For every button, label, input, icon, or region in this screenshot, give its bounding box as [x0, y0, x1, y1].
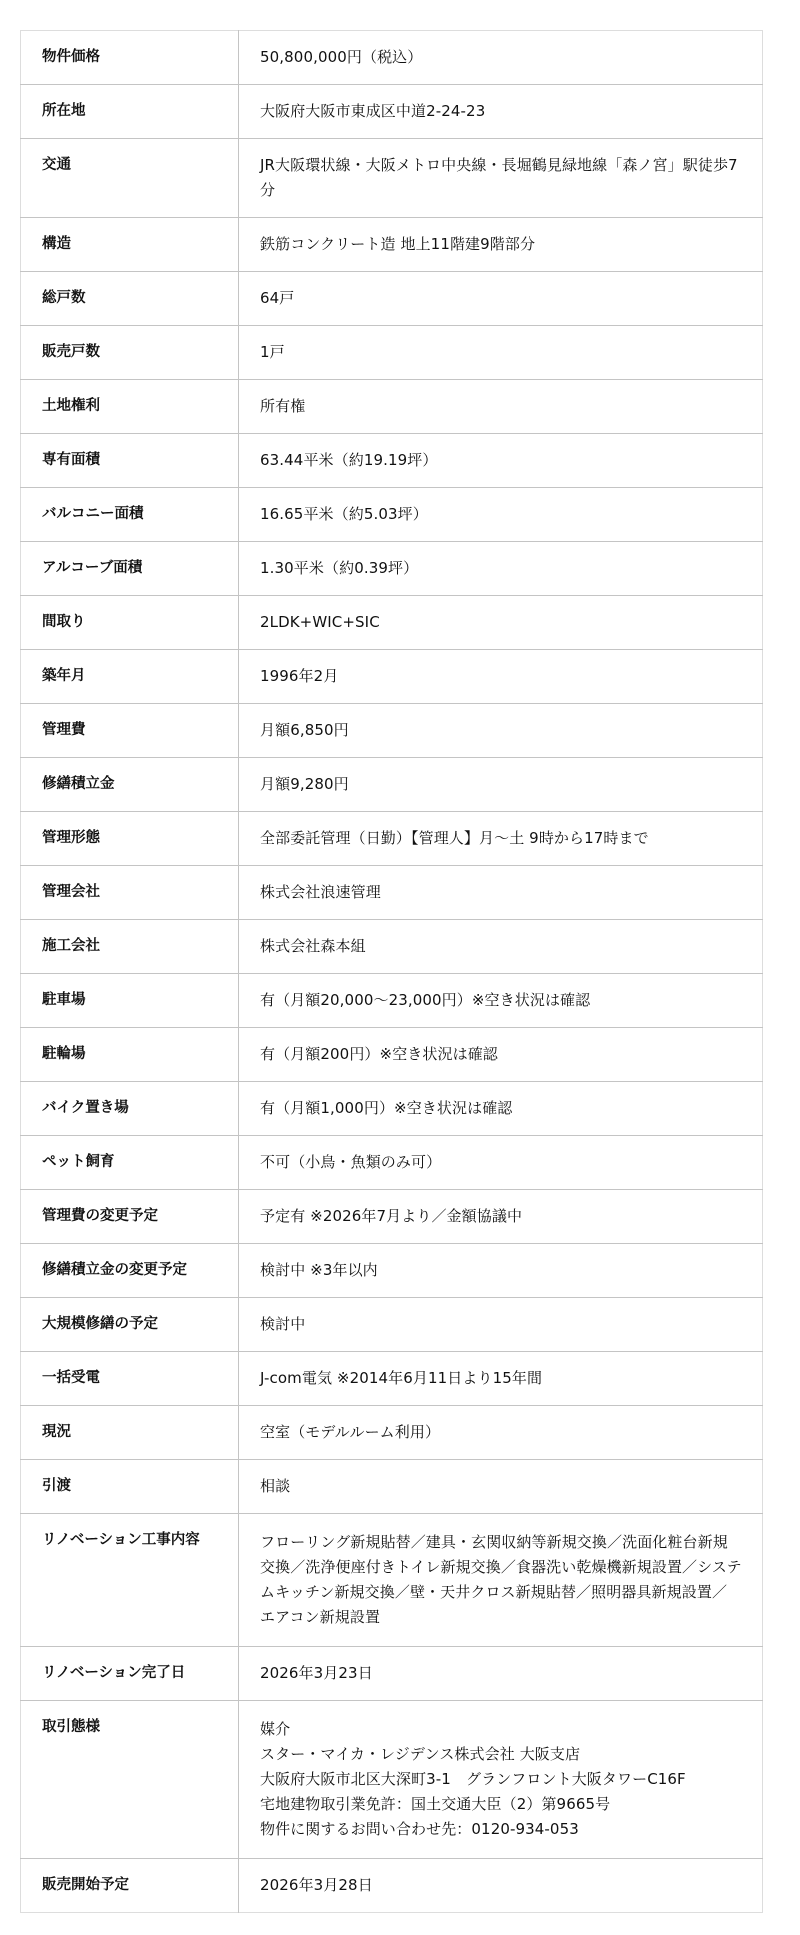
- row-label: 管理会社: [21, 866, 239, 920]
- row-value: 不可（小鳥・魚類のみ可）: [239, 1136, 763, 1190]
- row-label: 修繕積立金: [21, 758, 239, 812]
- row-value: 1戸: [239, 326, 763, 380]
- row-label: 引渡: [21, 1460, 239, 1514]
- row-value: 媒介 スター・マイカ・レジデンス株式会社 大阪支店 大阪府大阪市北区大深町3-1…: [239, 1701, 763, 1859]
- row-transaction-type: 取引態様 媒介 スター・マイカ・レジデンス株式会社 大阪支店 大阪府大阪市北区大…: [21, 1701, 763, 1859]
- row-label: 間取り: [21, 596, 239, 650]
- row-repair-reserve: 修繕積立金 月額9,280円: [21, 758, 763, 812]
- row-value: 相談: [239, 1460, 763, 1514]
- row-handover: 引渡 相談: [21, 1460, 763, 1514]
- row-label: 修繕積立金の変更予定: [21, 1244, 239, 1298]
- row-alcove-area: アルコーブ面積 1.30平米（約0.39坪）: [21, 542, 763, 596]
- row-land-rights: 土地権利 所有権: [21, 380, 763, 434]
- row-built-date: 築年月 1996年2月: [21, 650, 763, 704]
- row-value: 1.30平米（約0.39坪）: [239, 542, 763, 596]
- row-renovation-details: リノベーション工事内容 フローリング新規貼替／建具・玄関収納等新規交換／洗面化粧…: [21, 1514, 763, 1647]
- row-label: 販売開始予定: [21, 1859, 239, 1913]
- row-label: 施工会社: [21, 920, 239, 974]
- row-value: 2026年3月23日: [239, 1647, 763, 1701]
- row-label: リノベーション工事内容: [21, 1514, 239, 1647]
- row-value: 検討中 ※3年以内: [239, 1244, 763, 1298]
- row-value: 50,800,000円（税込）: [239, 31, 763, 85]
- row-value: 月額6,850円: [239, 704, 763, 758]
- row-label: 交通: [21, 139, 239, 218]
- row-management-type: 管理形態 全部委託管理（日勤）【管理人】月～土 9時から17時まで: [21, 812, 763, 866]
- transaction-type: 媒介: [260, 1717, 742, 1742]
- row-value: 月額9,280円: [239, 758, 763, 812]
- row-label: 構造: [21, 218, 239, 272]
- row-value: 株式会社浪速管理: [239, 866, 763, 920]
- row-label: 駐車場: [21, 974, 239, 1028]
- row-label: 総戸数: [21, 272, 239, 326]
- row-total-units: 総戸数 64戸: [21, 272, 763, 326]
- row-label: 管理費: [21, 704, 239, 758]
- row-label: 所在地: [21, 85, 239, 139]
- row-value: 空室（モデルルーム利用）: [239, 1406, 763, 1460]
- contact-phone: 物件に関するお問い合わせ先：0120-934-053: [260, 1817, 742, 1842]
- row-price: 物件価格 50,800,000円（税込）: [21, 31, 763, 85]
- row-value: 1996年2月: [239, 650, 763, 704]
- row-value: 16.65平米（約5.03坪）: [239, 488, 763, 542]
- row-value: 64戸: [239, 272, 763, 326]
- row-label: ペット飼育: [21, 1136, 239, 1190]
- agent-company: スター・マイカ・レジデンス株式会社 大阪支店: [260, 1742, 742, 1767]
- row-label: リノベーション完了日: [21, 1647, 239, 1701]
- row-label: 土地権利: [21, 380, 239, 434]
- row-value: 鉄筋コンクリート造 地上11階建9階部分: [239, 218, 763, 272]
- row-label: 管理形態: [21, 812, 239, 866]
- row-value: 所有権: [239, 380, 763, 434]
- row-value: JR大阪環状線・大阪メトロ中央線・長堀鶴見緑地線「森ノ宮」駅徒歩7分: [239, 139, 763, 218]
- row-value: 全部委託管理（日勤）【管理人】月～土 9時から17時まで: [239, 812, 763, 866]
- row-value: 63.44平米（約19.19坪）: [239, 434, 763, 488]
- row-access: 交通 JR大阪環状線・大阪メトロ中央線・長堀鶴見緑地線「森ノ宮」駅徒歩7分: [21, 139, 763, 218]
- row-floor-area: 専有面積 63.44平米（約19.19坪）: [21, 434, 763, 488]
- row-value: 株式会社森本組: [239, 920, 763, 974]
- row-label: バルコニー面積: [21, 488, 239, 542]
- row-label: 大規模修繕の予定: [21, 1298, 239, 1352]
- row-sale-start: 販売開始予定 2026年3月28日: [21, 1859, 763, 1913]
- row-major-repair-plan: 大規模修繕の予定 検討中: [21, 1298, 763, 1352]
- row-value: 有（月額20,000～23,000円）※空き状況は確認: [239, 974, 763, 1028]
- row-bicycle-parking: 駐輪場 有（月額200円）※空き状況は確認: [21, 1028, 763, 1082]
- row-management-company: 管理会社 株式会社浪速管理: [21, 866, 763, 920]
- row-label: 築年月: [21, 650, 239, 704]
- row-balcony-area: バルコニー面積 16.65平米（約5.03坪）: [21, 488, 763, 542]
- row-pets: ペット飼育 不可（小鳥・魚類のみ可）: [21, 1136, 763, 1190]
- row-label: アルコーブ面積: [21, 542, 239, 596]
- row-value: 有（月額200円）※空き状況は確認: [239, 1028, 763, 1082]
- row-label: 取引態様: [21, 1701, 239, 1859]
- row-current-status: 現況 空室（モデルルーム利用）: [21, 1406, 763, 1460]
- row-repair-reserve-change: 修繕積立金の変更予定 検討中 ※3年以内: [21, 1244, 763, 1298]
- row-label: バイク置き場: [21, 1082, 239, 1136]
- row-label: 管理費の変更予定: [21, 1190, 239, 1244]
- row-value: 予定有 ※2026年7月より／金額協議中: [239, 1190, 763, 1244]
- row-management-fee: 管理費 月額6,850円: [21, 704, 763, 758]
- row-value: J-com電気 ※2014年6月11日より15年間: [239, 1352, 763, 1406]
- row-label: 駐輪場: [21, 1028, 239, 1082]
- row-bike-parking: バイク置き場 有（月額1,000円）※空き状況は確認: [21, 1082, 763, 1136]
- row-bulk-power: 一括受電 J-com電気 ※2014年6月11日より15年間: [21, 1352, 763, 1406]
- row-layout: 間取り 2LDK+WIC+SIC: [21, 596, 763, 650]
- agent-address: 大阪府大阪市北区大深町3-1 グランフロント大阪タワーC16F: [260, 1767, 742, 1792]
- row-parking: 駐車場 有（月額20,000～23,000円）※空き状況は確認: [21, 974, 763, 1028]
- row-value: 検討中: [239, 1298, 763, 1352]
- row-label: 現況: [21, 1406, 239, 1460]
- row-value: 2026年3月28日: [239, 1859, 763, 1913]
- row-structure: 構造 鉄筋コンクリート造 地上11階建9階部分: [21, 218, 763, 272]
- row-label: 物件価格: [21, 31, 239, 85]
- property-spec-table: 物件価格 50,800,000円（税込） 所在地 大阪府大阪市東成区中道2-24…: [20, 30, 763, 1913]
- row-label: 専有面積: [21, 434, 239, 488]
- row-units-for-sale: 販売戸数 1戸: [21, 326, 763, 380]
- row-management-fee-change: 管理費の変更予定 予定有 ※2026年7月より／金額協議中: [21, 1190, 763, 1244]
- row-label: 一括受電: [21, 1352, 239, 1406]
- row-value: フローリング新規貼替／建具・玄関収納等新規交換／洗面化粧台新規交換／洗浄便座付き…: [239, 1514, 763, 1647]
- agent-license: 宅地建物取引業免許：国土交通大臣（2）第9665号: [260, 1792, 742, 1817]
- row-constructor: 施工会社 株式会社森本組: [21, 920, 763, 974]
- row-value: 有（月額1,000円）※空き状況は確認: [239, 1082, 763, 1136]
- row-renovation-completion: リノベーション完了日 2026年3月23日: [21, 1647, 763, 1701]
- row-value: 大阪府大阪市東成区中道2-24-23: [239, 85, 763, 139]
- row-label: 販売戸数: [21, 326, 239, 380]
- row-value: 2LDK+WIC+SIC: [239, 596, 763, 650]
- row-location: 所在地 大阪府大阪市東成区中道2-24-23: [21, 85, 763, 139]
